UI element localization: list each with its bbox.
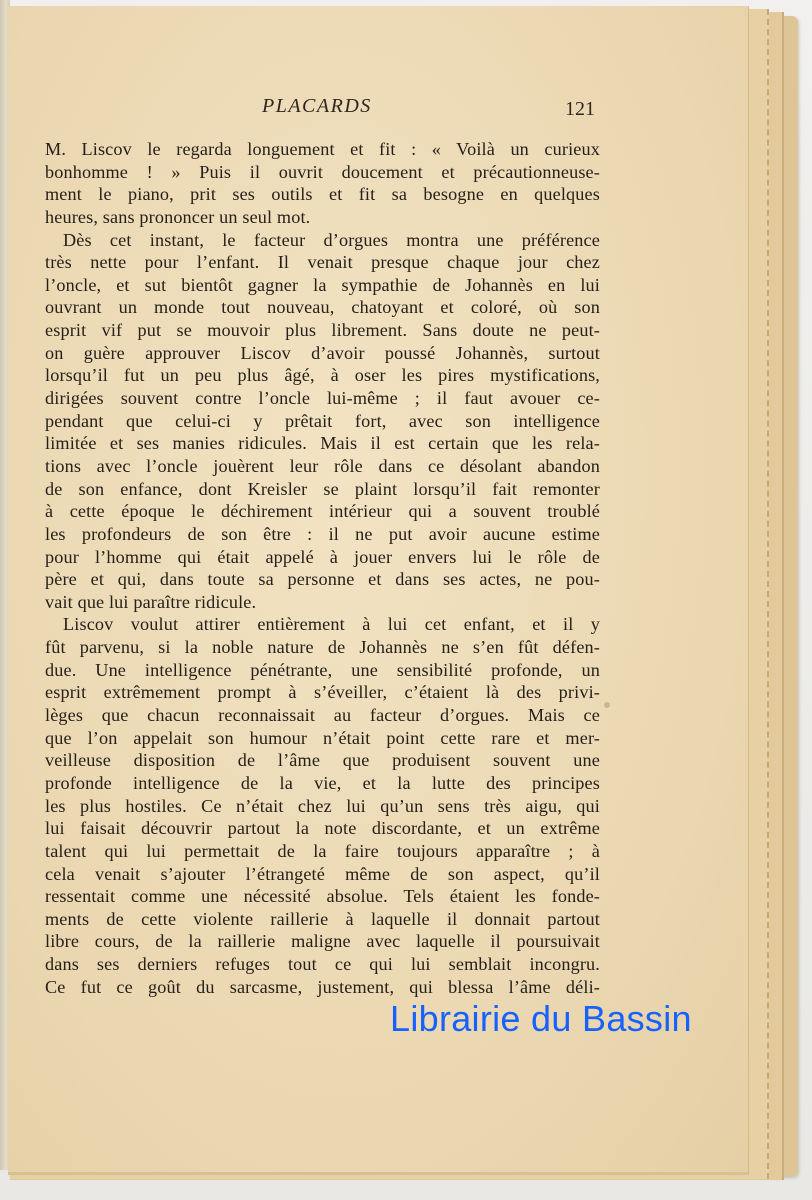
text-line: ressentait comme une nécessité absolue. … (45, 885, 600, 908)
text-line: veilleuse disposition de l’âme que produ… (45, 749, 600, 772)
text-line: lorsqu’il fut un peu plus âgé, à oser le… (45, 364, 600, 387)
text-line: les plus hostiles. Ce n’était chez lui q… (45, 795, 600, 818)
text-line: M. Liscov le regarda longuement et fit :… (45, 138, 600, 161)
text-line: profonde intelligence de la vie, et la l… (45, 772, 600, 795)
text-line: que l’on appelait son humour n’était poi… (45, 727, 600, 750)
text-line: talent qui lui permettait de la faire to… (45, 840, 600, 863)
text-line: ment le piano, prit ses outils et fit sa… (45, 183, 600, 206)
text-line: bonhomme ! » Puis il ouvrit doucement et… (45, 161, 600, 184)
text-line: l’oncle, et sut bientôt gagner la sympat… (45, 274, 600, 297)
text-line: les profondeurs de son être : il ne put … (45, 523, 600, 546)
text-line: esprit vif put se mouvoir plus librement… (45, 319, 600, 342)
text-line: Liscov voulut attirer entièrement à lui … (45, 613, 600, 636)
text-line: limitée et ses manies ridicules. Mais il… (45, 432, 600, 455)
text-line: fût parvenu, si la noble nature de Johan… (45, 636, 600, 659)
text-line: due. Une intelligence pénétrante, une se… (45, 659, 600, 682)
text-line: heures, sans prononcer un seul mot. (45, 206, 600, 229)
text-line: ments de cette violente raillerie à laqu… (45, 908, 600, 931)
text-line: libre cours, de la raillerie maligne ave… (45, 930, 600, 953)
text-line: dans ses derniers refuges tout ce qui lu… (45, 953, 600, 976)
text-line: dirigées souvent contre l’oncle lui-même… (45, 387, 600, 410)
text-line: père et qui, dans toute sa personne et d… (45, 568, 600, 591)
text-line: Ce fut ce goût du sarcasme, justement, q… (45, 976, 600, 999)
page-number: 121 (565, 98, 595, 121)
text-line: lèges que chacun reconnaissait au facteu… (45, 704, 600, 727)
text-line: vait que lui paraître ridicule. (45, 591, 600, 614)
text-line: très nette pour l’enfant. Il venait pres… (45, 251, 600, 274)
text-line: à cette époque le déchirement intérieur … (45, 500, 600, 523)
text-line: lui faisait découvrir partout la note di… (45, 817, 600, 840)
text-line: ouvrant un monde tout nouveau, chatoyant… (45, 296, 600, 319)
text-line: on guère approuver Liscov d’avoir poussé… (45, 342, 600, 365)
text-line: pendant que celui-ci y prêtait fort, ave… (45, 410, 600, 433)
text-line: esprit extrêmement prompt à s’éveiller, … (45, 681, 600, 704)
text-line: tions avec l’oncle jouèrent leur rôle da… (45, 455, 600, 478)
text-line: cela venait s’ajouter l’étrangeté même d… (45, 863, 600, 886)
body-text: M. Liscov le regarda longuement et fit :… (45, 138, 600, 998)
text-line: de son enfance, dont Kreisler se plaint … (45, 478, 600, 501)
paper-speck (604, 702, 610, 708)
running-title: PLACARDS (262, 95, 372, 118)
text-line: Dès cet instant, le facteur d’orgues mon… (45, 229, 600, 252)
text-line: pour l’homme qui était appelé à jouer en… (45, 546, 600, 569)
running-head: PLACARDS 121 (0, 95, 812, 125)
watermark: Librairie du Bassin (390, 998, 692, 1040)
